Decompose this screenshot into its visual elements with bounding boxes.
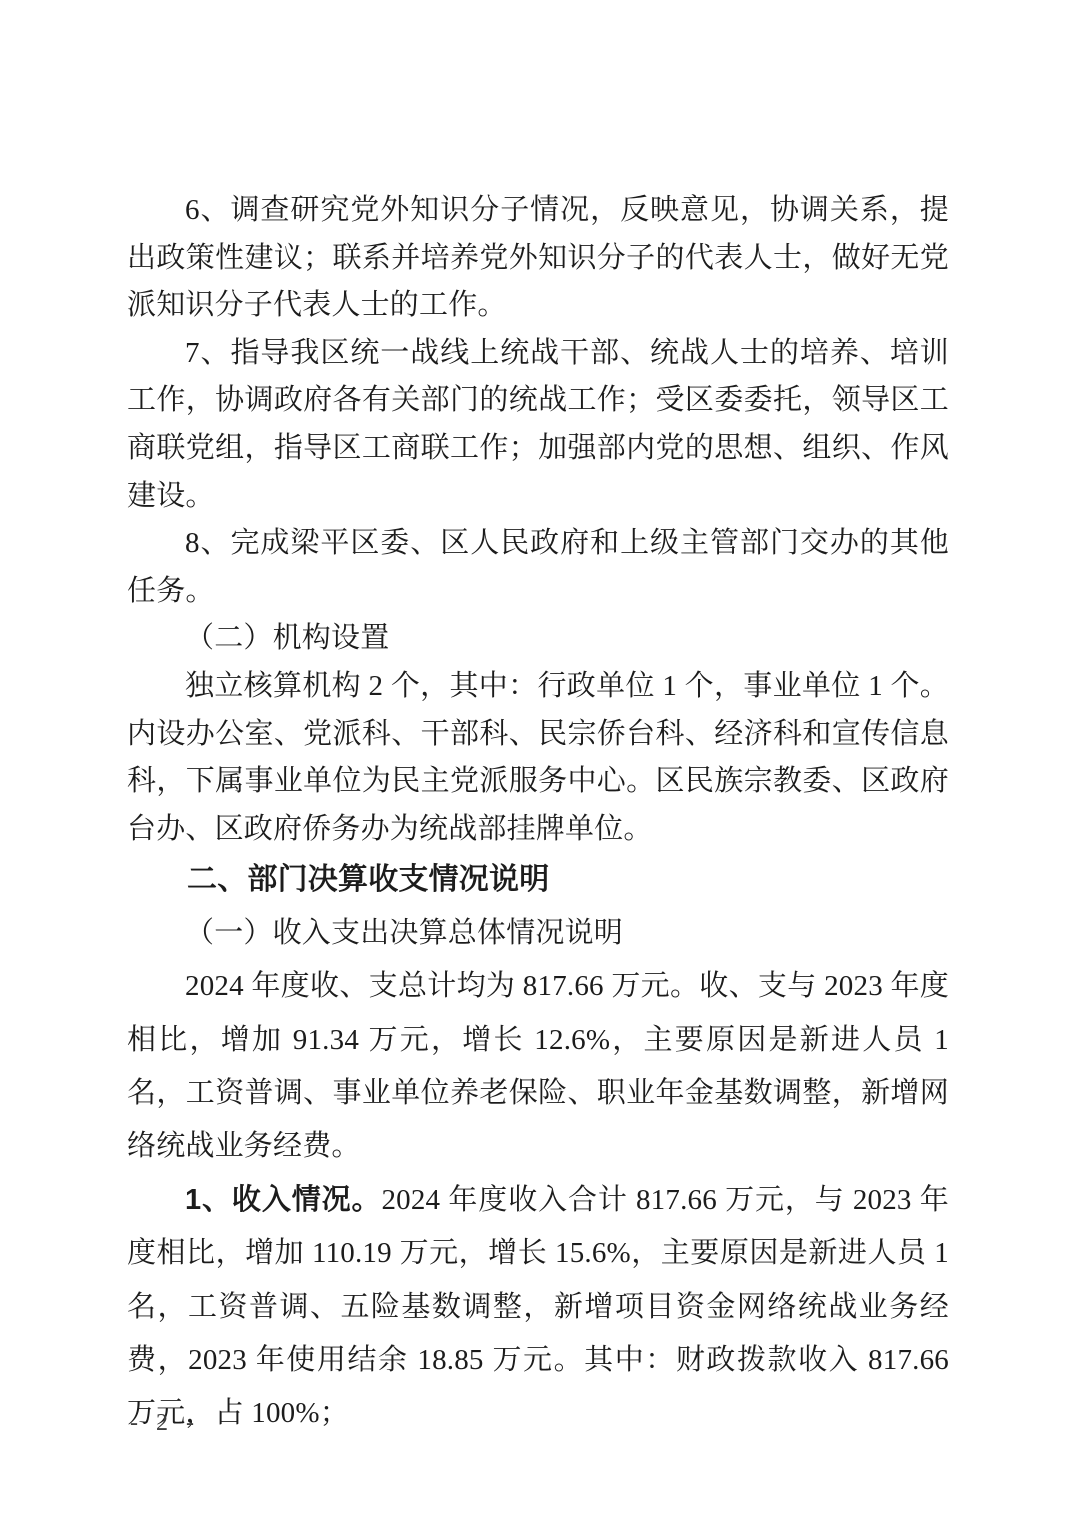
income-situation-text: 2024 年度收入合计 817.66 万元，与 2023 年度相比，增加 110… [127,1184,949,1430]
paragraph-org-setup: 独立核算机构 2 个，其中：行政单位 1 个，事业单位 1 个。内设办公室、党派… [127,663,949,853]
section-functions: 6、调查研究党外知识分子情况，反映意见，协调关系，提出政策性建议；联系并培养党外… [127,187,949,853]
subheading-income-expenditure-overview: （一）收入支出决算总体情况说明 [127,907,949,960]
paragraph-income-situation: 1、收入情况。2024 年度收入合计 817.66 万元，与 2023 年度相比… [127,1174,949,1441]
page-number: - 2 - [130,1410,200,1437]
subheading-org-setup: （二）机构设置 [127,615,949,663]
heading-budget-statement: 二、部门决算收支情况说明 [127,853,949,906]
paragraph-item-7: 7、指导我区统一战线上统战干部、统战人士的培养、培训工作，协调政府各有关部门的统… [127,330,949,520]
document-body: 6、调查研究党外知识分子情况，反映意见，协调关系，提出政策性建议；联系并培养党外… [127,187,949,1441]
paragraph-overview-2024: 2024 年度收、支总计均为 817.66 万元。收、支与 2023 年度相比，… [127,960,949,1174]
paragraph-item-8: 8、完成梁平区委、区人民政府和上级主管部门交办的其他任务。 [127,520,949,615]
document-page: { "document": { "section_functions": { "… [0,0,1075,1520]
section-budget-overview: 二、部门决算收支情况说明 （一）收入支出决算总体情况说明 2024 年度收、支总… [127,853,949,1440]
paragraph-item-6: 6、调查研究党外知识分子情况，反映意见，协调关系，提出政策性建议；联系并培养党外… [127,187,949,330]
income-situation-lead-label: 1、收入情况。 [185,1184,381,1216]
